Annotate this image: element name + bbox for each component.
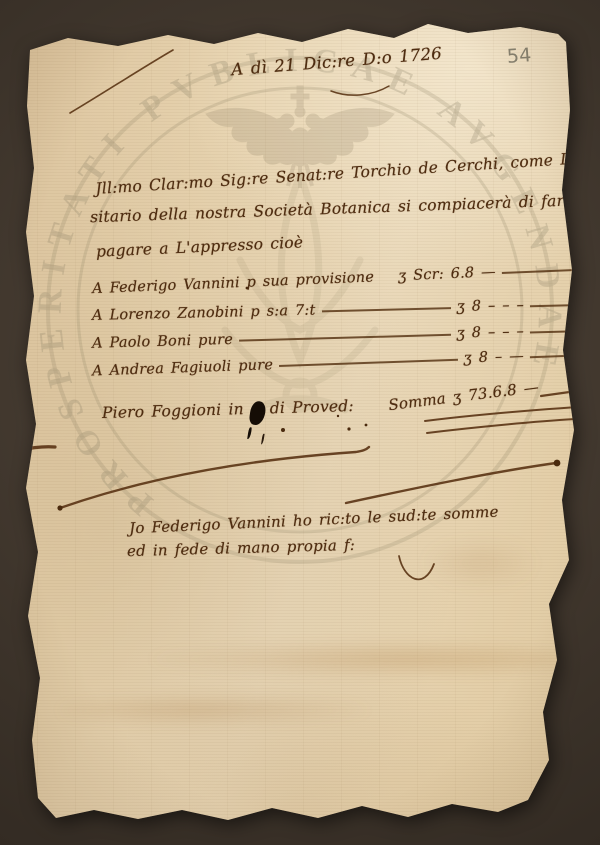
pen-rule: [239, 333, 451, 341]
pen-flourishes: [0, 0, 600, 845]
spacer: [380, 278, 392, 279]
amount-text: ʒ 8 – —: [463, 349, 524, 366]
amount-text: ʒ 8 – – –: [456, 325, 524, 341]
payer-text: Piero Foggioni in: [102, 400, 244, 422]
manuscript-page: PROSPERITATI PVBLICAE AVGENDAE: [0, 0, 600, 845]
pen-rule: [530, 304, 572, 307]
pen-rule: [530, 330, 572, 333]
amount-text: ʒ 8 – – –: [456, 298, 524, 314]
pen-rule: [322, 307, 451, 312]
photograph-background: PROSPERITATI PVBLICAE AVGENDAE: [0, 0, 600, 845]
payer-text: di Proved:: [270, 397, 355, 417]
pen-rule: [279, 358, 457, 366]
ink-specks: [12, 752, 20, 761]
folio-number-pencil: 54: [506, 46, 532, 67]
pen-rule: [502, 269, 572, 274]
pen-rule: [530, 354, 572, 357]
manuscript-sheet-wrap: PROSPERITATI PVBLICAE AVGENDAE: [0, 0, 600, 845]
